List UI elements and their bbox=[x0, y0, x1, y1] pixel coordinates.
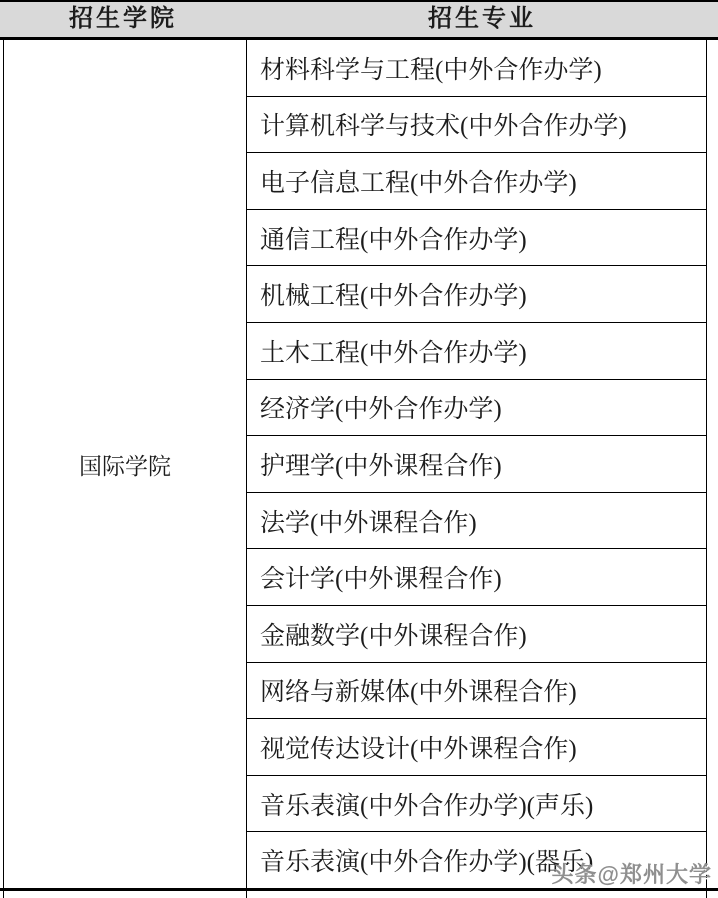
header-major: 招生专业 bbox=[246, 2, 718, 37]
table-row: 法学(中外课程合作) bbox=[247, 493, 706, 550]
table-row: 音乐表演(中外合作办学)(声乐) bbox=[247, 776, 706, 833]
column-divider bbox=[4, 891, 247, 898]
major-cell-text: 网络与新媒体(中外课程合作) bbox=[260, 672, 577, 708]
table-row: 护理学(中外课程合作) bbox=[247, 436, 706, 493]
major-column: 材料科学与工程(中外合作办学) 计算机科学与技术(中外合作办学) 电子信息工程(… bbox=[247, 40, 706, 888]
table-row: 金融数学(中外课程合作) bbox=[247, 606, 706, 663]
major-cell-text: 金融数学(中外课程合作) bbox=[260, 616, 527, 652]
major-cell-text: 经济学(中外合作办学) bbox=[260, 389, 502, 425]
table-row: 计算机科学与技术(中外合作办学) bbox=[247, 97, 706, 154]
major-cell-text: 通信工程(中外合作办学) bbox=[260, 220, 527, 256]
major-cell-text: 法学(中外课程合作) bbox=[260, 503, 477, 539]
major-cell-text: 音乐表演(中外合作办学)(声乐) bbox=[260, 786, 593, 822]
table-row: 土木工程(中外合作办学) bbox=[247, 323, 706, 380]
major-cell-text: 音乐表演(中外合作办学)(器乐) bbox=[260, 842, 593, 878]
table-row: 经济学(中外合作办学) bbox=[247, 380, 706, 437]
table-header-row: 招生学院 招生专业 bbox=[0, 0, 718, 40]
watermark-text: 头条@郑州大学 bbox=[552, 858, 712, 889]
table-row: 机械工程(中外合作办学) bbox=[247, 266, 706, 323]
table-body: 国际学院 材料科学与工程(中外合作办学) 计算机科学与技术(中外合作办学) 电子… bbox=[3, 40, 707, 888]
admissions-table-page: 招生学院 招生专业 国际学院 材料科学与工程(中外合作办学) 计算机科学与技术(… bbox=[0, 0, 718, 898]
partial-next-row bbox=[3, 891, 707, 898]
major-cell-text: 护理学(中外课程合作) bbox=[260, 446, 502, 482]
table-row: 通信工程(中外合作办学) bbox=[247, 210, 706, 267]
major-cell-text: 材料科学与工程(中外合作办学) bbox=[260, 50, 602, 86]
college-cell: 国际学院 bbox=[4, 40, 247, 888]
table-row: 会计学(中外课程合作) bbox=[247, 549, 706, 606]
major-cell-text: 电子信息工程(中外合作办学) bbox=[260, 163, 577, 199]
table-row: 材料科学与工程(中外合作办学) bbox=[247, 40, 706, 97]
major-cell-text: 视觉传达设计(中外课程合作) bbox=[260, 729, 577, 765]
major-cell-text: 会计学(中外课程合作) bbox=[260, 559, 502, 595]
table-row: 网络与新媒体(中外课程合作) bbox=[247, 663, 706, 720]
table-row: 视觉传达设计(中外课程合作) bbox=[247, 719, 706, 776]
major-cell-text: 机械工程(中外合作办学) bbox=[260, 276, 527, 312]
header-college: 招生学院 bbox=[0, 2, 246, 37]
major-cell-text: 计算机科学与技术(中外合作办学) bbox=[260, 106, 627, 142]
major-cell-text: 土木工程(中外合作办学) bbox=[260, 333, 527, 369]
table-row: 电子信息工程(中外合作办学) bbox=[247, 153, 706, 210]
